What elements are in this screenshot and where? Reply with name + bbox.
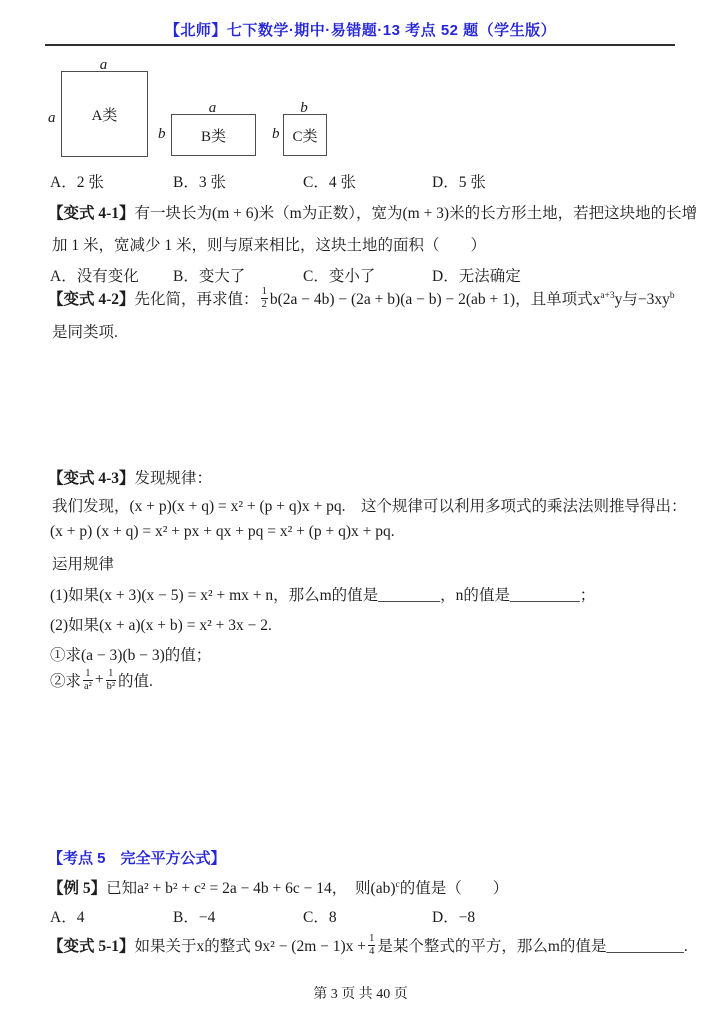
worksheet-page: 【北师】七下数学·期中·易错题·13 考点 52 题（学生版） a a A类 a… [0,0,721,1024]
tile-C-square: C类 [283,114,327,156]
fraction-one-half: 12 [261,286,268,310]
problem-v51-post: 是某个整式的平方，那么m的值是__________. [377,934,687,956]
problem-v41-options-row: A．没有变化 B．变大了 C．变小了 D．无法确定 [48,264,678,286]
option-d: D．−8 [432,905,475,927]
tile-A-left-dimension: a [48,110,56,127]
part2b-prefix: ②求 [50,669,81,691]
problem-v42-line1: 【变式 4-2】先化简，再求值：12b(2a − 4b) − (2a + b)(… [48,284,675,312]
option-a: A．没有变化 [50,264,139,286]
option-c: C．8 [303,905,337,927]
tile-B-left-dimension: b [158,126,166,143]
problem-v41-line1: 【变式 4-1】有一块长为(m + 6)米（m为正数），宽为(m + 3)米的长… [48,201,697,223]
option-b: B．3 张 [173,170,226,192]
tile-C-left-dimension: b [272,126,280,143]
problem-v41-line2: 加 1 米，宽减少 1 米，则与原来相比，这块土地的面积（ ） [52,233,486,255]
part2b-suffix: 的值. [118,669,153,691]
option-b: B．变大了 [173,264,245,286]
problem-v51-line: 【变式 5-1】如果关于x的整式 9x² − (2m − 1)x +14是某个整… [48,931,688,959]
exponent-b: b [670,291,675,301]
exponent-a-plus-3: a+3 [600,291,614,301]
page-number: 第 3 页 共 40 页 [0,983,721,1003]
plus-sign: + [95,671,104,689]
section-heading-kaodian5: 【考点 5 完全平方公式】 [48,847,226,868]
option-a: A．2 张 [50,170,104,192]
question4-options-row: A．2 张 B．3 张 C．4 张 D．5 张 [48,170,678,192]
tile-A-label: A类 [92,104,118,125]
problem-v42-pre: 先化简，再求值： [135,287,259,309]
problem-v43-derivation: (x + p) (x + q) = x² + px + qx + pq = x²… [50,523,395,541]
tile-C-label: C类 [292,125,317,146]
page-title: 【北师】七下数学·期中·易错题·13 考点 52 题（学生版） [0,19,721,40]
problem-v43-label: 【变式 4-3】 [48,470,135,487]
option-b: B．−4 [173,905,215,927]
problem-ex5-line: 【例 5】已知a² + b² + c² = 2a − 4b + 6c − 14，… [48,876,508,898]
problem-v43-part2b: ②求1a² + 1b²的值. [50,666,153,694]
problem-ex5-post: 的值是（ ） [400,880,509,897]
option-c: C．4 张 [303,170,356,192]
problem-v51-pre: 如果关于x的整式 9x² − (2m − 1)x + [135,934,367,956]
option-d: D．无法确定 [432,264,521,286]
problem-v43-part2a: ①求(a − 3)(b − 3)的值； [50,643,211,665]
fraction-one-quarter: 14 [368,933,375,957]
problem-v41-text1: 有一块长为(m + 6)米（m为正数），宽为(m + 3)米的长方形土地，若把这… [135,205,698,222]
fraction-one-over-b-squared: 1b² [106,668,116,692]
problem-v43-title: 发现规律： [135,470,213,487]
problem-v43-part1: (1)如果(x + 3)(x − 5) = x² + mx + n，那么m的值是… [50,583,595,605]
problem-v51-label: 【变式 5-1】 [48,934,135,956]
header-divider [45,44,675,46]
problem-v41-label: 【变式 4-1】 [48,205,135,222]
problem-v43-title-line: 【变式 4-3】发现规律： [48,466,212,488]
problem-v43-apply-heading: 运用规律 [52,552,114,574]
tiles-figure: a a A类 a b B类 b b C类 [48,57,388,163]
problem-v42-line2: 是同类项. [52,320,118,342]
problem-v42-label: 【变式 4-2】 [48,287,135,309]
option-c: C．变小了 [303,264,375,286]
tile-B-rect: B类 [171,114,256,156]
problem-ex5-options-row: A．4 B．−4 C．8 D．−8 [48,905,678,927]
option-a: A．4 [50,905,84,927]
fraction-one-over-a-squared: 1a² [83,668,93,692]
option-d: D．5 张 [432,170,486,192]
tile-B-label: B类 [201,125,226,146]
tile-A-square: A类 [61,71,148,157]
problem-ex5-pre: 已知a² + b² + c² = 2a − 4b + 6c − 14， 则(ab… [106,880,395,897]
problem-v43-part2: (2)如果(x + a)(x + b) = x² + 3x − 2. [50,613,272,635]
problem-ex5-label: 【例 5】 [48,880,106,897]
problem-v43-discovery: 我们发现，(x + p)(x + q) = x² + (p + q)x + pq… [52,494,686,516]
problem-v42-expression: b(2a − 4b) − (2a + b)(a − b) − 2(ab + 1)… [270,287,675,309]
